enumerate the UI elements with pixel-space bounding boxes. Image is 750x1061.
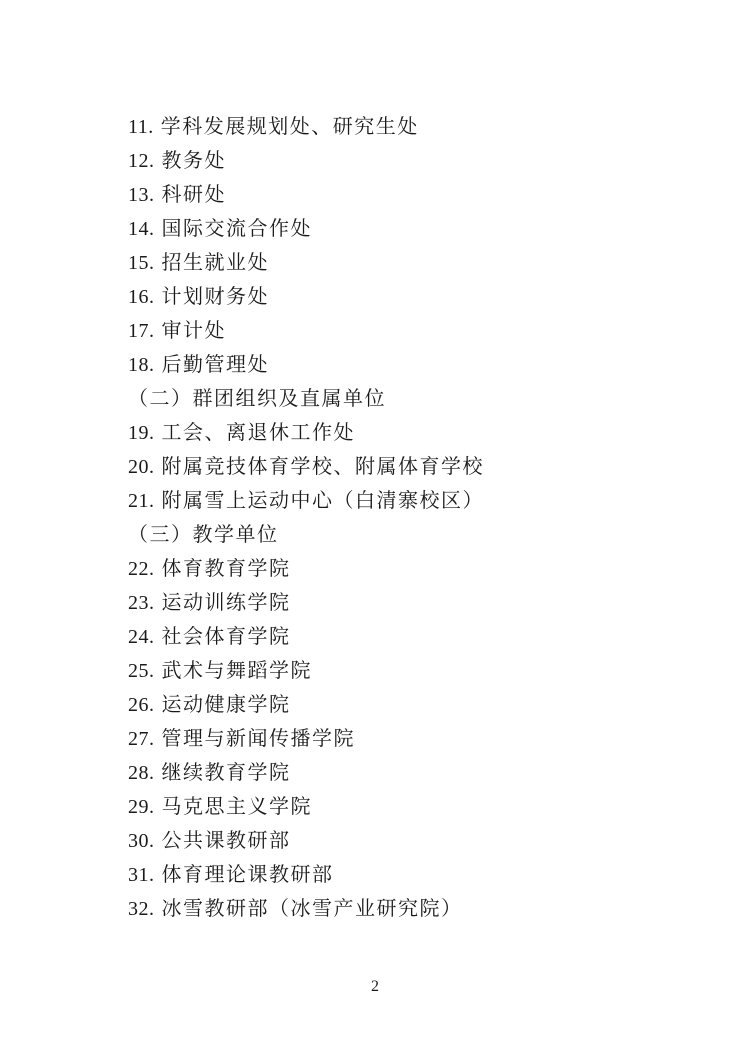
item-text: 体育理论课教研部 [162,864,334,886]
item-text: 审计处 [162,320,227,342]
item-text: 学科发展规划处、研究生处 [161,116,419,138]
doc-line: 20.附属竞技体育学校、附属体育学校 [128,450,690,484]
item-number: 19. [128,422,155,444]
item-text: 体育教育学院 [162,558,291,580]
section-heading-text: （三）教学单位 [128,524,279,546]
item-text: 运动训练学院 [162,592,291,614]
section-heading-text: （二）群团组织及直属单位 [128,388,386,410]
item-number: 11. [128,116,154,138]
item-text: 附属竞技体育学校、附属体育学校 [162,456,485,478]
section-heading: （三）教学单位 [128,518,690,552]
item-number: 32. [128,898,155,920]
item-text: 附属雪上运动中心（白清寨校区） [162,490,485,512]
item-text: 后勤管理处 [162,354,270,376]
item-text: 公共课教研部 [162,830,291,852]
page-number: 2 [0,978,750,996]
doc-line: 32.冰雪教研部（冰雪产业研究院） [128,892,690,926]
item-number: 26. [128,694,155,716]
item-number: 21. [128,490,155,512]
item-number: 24. [128,626,155,648]
doc-line: 14.国际交流合作处 [128,212,690,246]
item-text: 科研处 [162,184,227,206]
item-text: 工会、离退休工作处 [162,422,356,444]
item-text: 国际交流合作处 [162,218,313,240]
doc-line: 28.继续教育学院 [128,756,690,790]
document-body: 11.学科发展规划处、研究生处 12.教务处 13.科研处 14.国际交流合作处… [128,110,690,926]
doc-line: 24.社会体育学院 [128,620,690,654]
item-text: 招生就业处 [162,252,270,274]
item-number: 18. [128,354,155,376]
item-text: 运动健康学院 [162,694,291,716]
item-number: 20. [128,456,155,478]
document-page: 11.学科发展规划处、研究生处 12.教务处 13.科研处 14.国际交流合作处… [0,0,750,1061]
section-heading: （二）群团组织及直属单位 [128,382,690,416]
doc-line: 27.管理与新闻传播学院 [128,722,690,756]
doc-line: 19.工会、离退休工作处 [128,416,690,450]
doc-line: 12.教务处 [128,144,690,178]
doc-line: 17.审计处 [128,314,690,348]
item-number: 23. [128,592,155,614]
item-number: 25. [128,660,155,682]
item-text: 教务处 [162,150,227,172]
doc-line: 29.马克思主义学院 [128,790,690,824]
item-text: 管理与新闻传播学院 [162,728,356,750]
item-number: 13. [128,184,155,206]
item-number: 14. [128,218,155,240]
item-number: 27. [128,728,155,750]
doc-line: 11.学科发展规划处、研究生处 [128,110,690,144]
item-number: 17. [128,320,155,342]
doc-line: 15.招生就业处 [128,246,690,280]
item-text: 冰雪教研部（冰雪产业研究院） [162,898,463,920]
doc-line: 31.体育理论课教研部 [128,858,690,892]
item-text: 计划财务处 [162,286,270,308]
item-number: 16. [128,286,155,308]
doc-line: 21.附属雪上运动中心（白清寨校区） [128,484,690,518]
doc-line: 30.公共课教研部 [128,824,690,858]
doc-line: 13.科研处 [128,178,690,212]
doc-line: 18.后勤管理处 [128,348,690,382]
item-number: 15. [128,252,155,274]
doc-line: 25.武术与舞蹈学院 [128,654,690,688]
doc-line: 22.体育教育学院 [128,552,690,586]
doc-line: 16.计划财务处 [128,280,690,314]
item-number: 28. [128,762,155,784]
item-text: 社会体育学院 [162,626,291,648]
item-text: 继续教育学院 [162,762,291,784]
item-number: 12. [128,150,155,172]
item-text: 武术与舞蹈学院 [162,660,313,682]
item-number: 22. [128,558,155,580]
doc-line: 26.运动健康学院 [128,688,690,722]
doc-line: 23.运动训练学院 [128,586,690,620]
item-number: 29. [128,796,155,818]
item-number: 31. [128,864,155,886]
item-text: 马克思主义学院 [162,796,313,818]
item-number: 30. [128,830,155,852]
